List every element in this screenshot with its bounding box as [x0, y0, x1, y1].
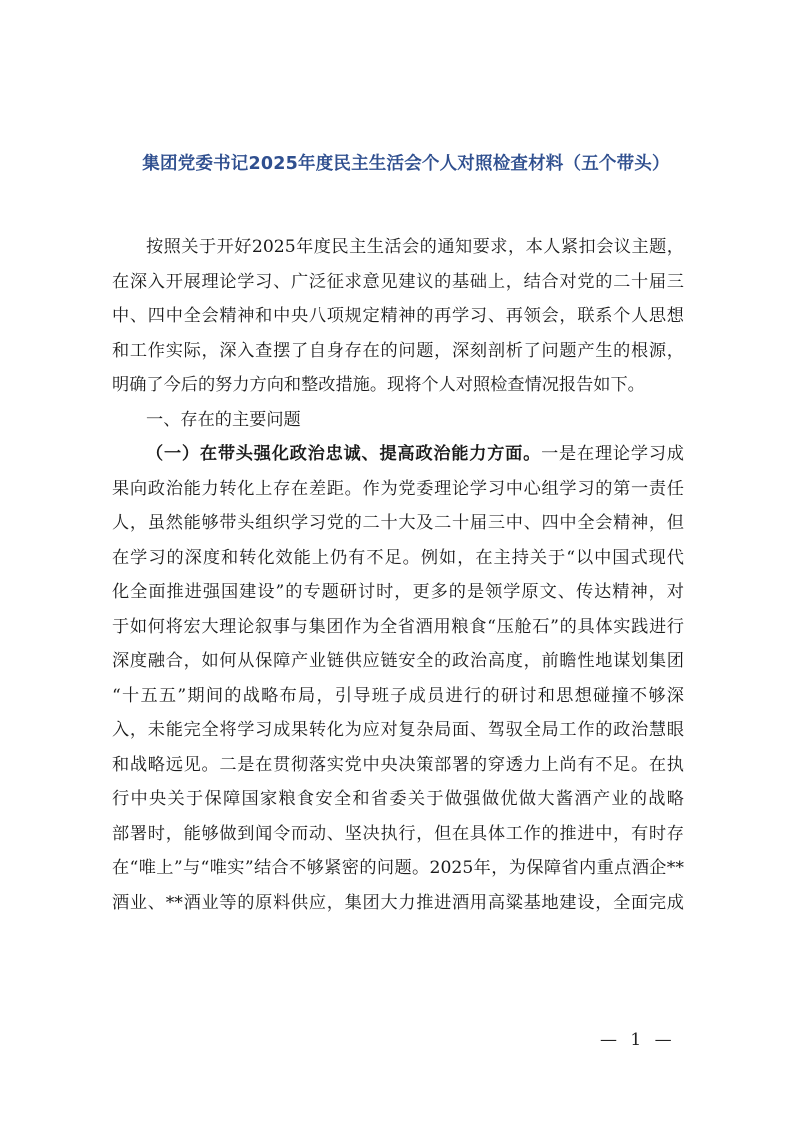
- subsection-text: 一是在理论学习成: [541, 444, 684, 464]
- body-line: 化全面推进强国建设”的专题研讨时，更多的是领学原文、传达精神，对: [112, 575, 684, 610]
- body-line: 深度融合，如何从保障产业链供应链安全的政治高度，前瞻性地谋划集团: [112, 644, 684, 679]
- intro-line: 在深入开展理论学习、广泛征求意见建议的基础上，结合对党的二十届三: [112, 265, 684, 300]
- document-title: 集团党委书记2025年度民主生活会个人对照检查材料（五个带头）: [96, 150, 716, 175]
- document-body: 按照关于开好2025年度民主生活会的通知要求，本人紧扣会议主题， 在深入开展理论…: [112, 230, 684, 920]
- intro-line: 按照关于开好2025年度民主生活会的通知要求，本人紧扣会议主题，: [112, 230, 684, 265]
- body-line: 入，未能完全将学习成果转化为应对复杂局面、驾驭全局工作的政治慧眼: [112, 713, 684, 748]
- page-number: — 1 —: [600, 1030, 676, 1050]
- subsection-first-line: （一）在带头强化政治忠诚、提高政治能力方面。一是在理论学习成: [112, 437, 684, 472]
- body-line: 在“唯上”与“唯实”结合不够紧密的问题。2025年，为保障省内重点酒企**: [112, 851, 684, 886]
- body-line: “十五五”期间的战略布局，引导班子成员进行的研讨和思想碰撞不够深: [112, 679, 684, 714]
- body-line: 行中央关于保障国家粮食安全和省委关于做强做优做大酱酒产业的战略: [112, 782, 684, 817]
- body-line: 和战略远见。二是在贯彻落实党中央决策部署的穿透力上尚有不足。在执: [112, 748, 684, 783]
- subsection-label: （一）在带头强化政治忠诚、提高政治能力方面。: [146, 444, 541, 464]
- intro-line: 和工作实际，深入查摆了自身存在的问题，深刻剖析了问题产生的根源，: [112, 334, 684, 369]
- intro-line: 明确了今后的努力方向和整改措施。现将个人对照检查情况报告如下。: [112, 368, 684, 403]
- body-line: 在学习的深度和转化效能上仍有不足。例如，在主持关于“以中国式现代: [112, 541, 684, 576]
- intro-line: 中、四中全会精神和中央八项规定精神的再学习、再领会，联系个人思想: [112, 299, 684, 334]
- body-line: 果向政治能力转化上存在差距。作为党委理论学习中心组学习的第一责任: [112, 472, 684, 507]
- body-line: 于如何将宏大理论叙事与集团作为全省酒用粮食“压舱石”的具体实践进行: [112, 610, 684, 645]
- body-line: 部署时，能够做到闻令而动、坚决执行，但在具体工作的推进中，有时存: [112, 817, 684, 852]
- document-page: 集团党委书记2025年度民主生活会个人对照检查材料（五个带头） 按照关于开好20…: [0, 0, 793, 1122]
- section-heading: 一、存在的主要问题: [112, 403, 684, 438]
- body-line: 人，虽然能够带头组织学习党的二十大及二十届三中、四中全会精神，但: [112, 506, 684, 541]
- body-line: 酒业、**酒业等的原料供应，集团大力推进酒用高粱基地建设，全面完成: [112, 886, 684, 921]
